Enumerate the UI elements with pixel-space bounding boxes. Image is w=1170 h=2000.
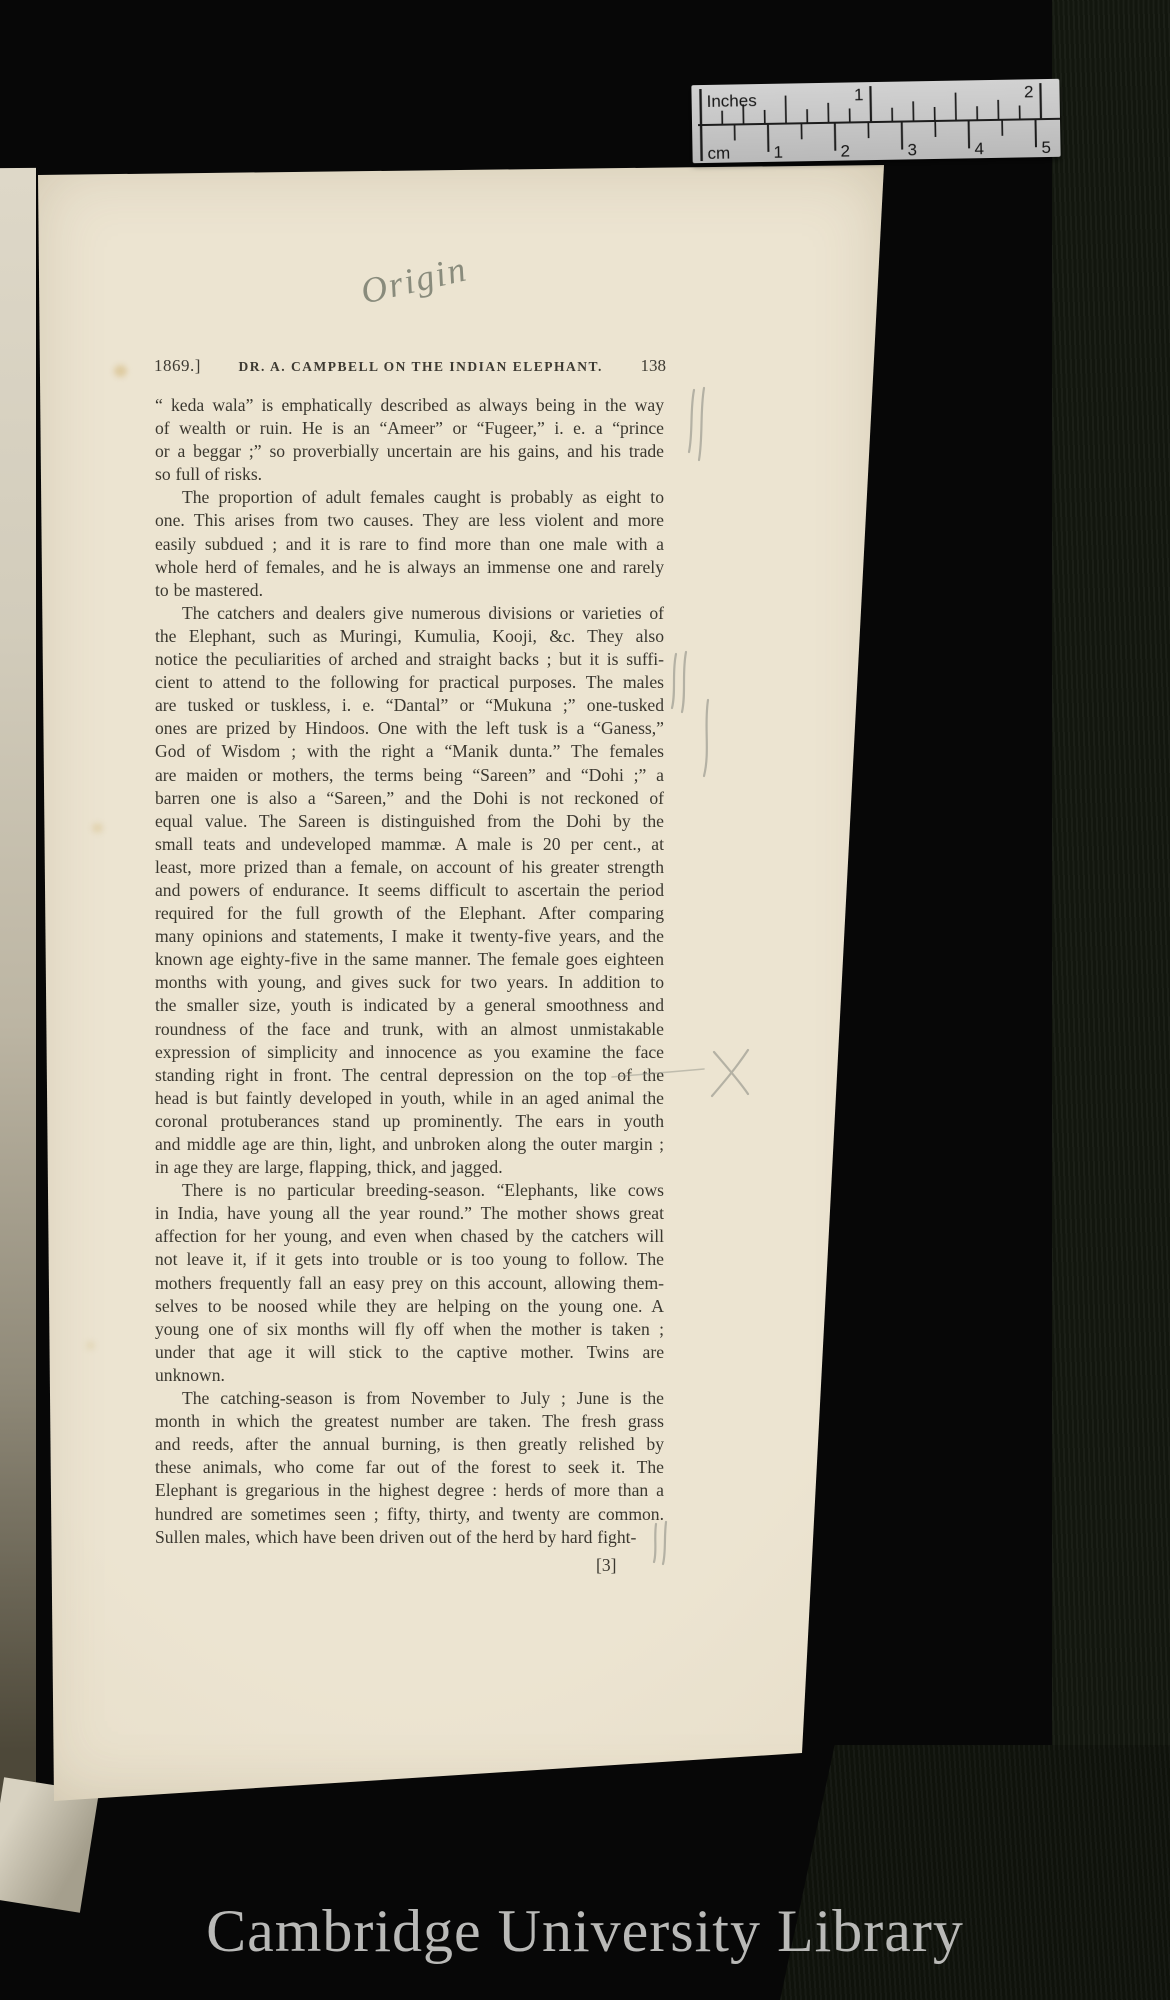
library-watermark: Cambridge University Library (0, 1896, 1170, 1970)
text-line: the smaller size, youth is indicated by … (155, 994, 664, 1017)
text-line: known age eighty-five in the same manner… (155, 948, 664, 971)
text-line: required for the full growth of the Elep… (155, 902, 664, 925)
ruler-inch-2: 2 (1024, 82, 1034, 101)
background-fabric-right (1052, 0, 1170, 2000)
text-line: of wealth or ruin. He is an “Ameer” or “… (155, 417, 664, 440)
text-line: expression of simplicity and innocence a… (155, 1041, 664, 1064)
text-line: standing right in front. The central dep… (155, 1064, 664, 1087)
text-line: There is no particular breeding-season. … (155, 1179, 664, 1202)
paragraph: The catching-season is from November to … (155, 1387, 664, 1549)
text-line: unknown. (155, 1364, 664, 1387)
text-line: are maiden or mothers, the terms being “… (155, 764, 664, 787)
text-line: The proportion of adult females caught i… (155, 486, 664, 509)
text-line: barren one is also a “Sareen,” and the D… (155, 787, 664, 810)
text-line: cient to attend to the following for pra… (155, 671, 664, 694)
text-line: Sullen males, which have been driven out… (155, 1526, 664, 1549)
text-line: and middle age are thin, light, and unbr… (155, 1133, 664, 1156)
ruler-cm-5: 5 (1041, 138, 1051, 157)
page-stain (86, 1341, 95, 1350)
paragraph: “ keda wala” is emphatically described a… (155, 394, 664, 486)
text-line: not leave it, if it gets into trouble or… (155, 1248, 664, 1271)
text-line: mothers frequently fall an easy prey on … (155, 1272, 664, 1295)
ruler-inches-label: Inches (706, 91, 756, 111)
text-line: The catchers and dealers give numerous d… (155, 602, 664, 625)
text-line: “ keda wala” is emphatically described a… (155, 394, 664, 417)
text-line: in India, have young all the year round.… (155, 1202, 664, 1225)
text-line: selves to be noosed while they are helpi… (155, 1295, 664, 1318)
text-line: many opinions and statements, I make it … (155, 925, 664, 948)
text-line: The catching-season is from November to … (155, 1387, 664, 1410)
text-line: head is but faintly developed in youth, … (155, 1087, 664, 1110)
text-line: month in which the greatest number are t… (155, 1410, 664, 1433)
ruler-cm-label: cm (707, 144, 730, 163)
text-line: under that age it will stick to the capt… (155, 1341, 664, 1364)
measuring-ruler: Inches 1 2 cm 1 2 3 4 5 (691, 75, 1060, 167)
page-number: 138 (641, 356, 667, 376)
text-line: are tusked or tuskless, i. e. “Dantal” o… (155, 694, 664, 717)
running-head-year: 1869.] (154, 356, 201, 376)
text-line: and reeds, after the annual burning, is … (155, 1433, 664, 1456)
text-line: months with young, and gives suck for tw… (155, 971, 664, 994)
text-line: affection for her young, and even when c… (155, 1225, 664, 1248)
paragraph: The proportion of adult females caught i… (155, 486, 664, 601)
text-line: and powers of endurance. It seems diffic… (155, 879, 664, 902)
text-line: to be mastered. (155, 579, 664, 602)
running-head: 1869.] DR. A. CAMPBELL ON THE INDIAN ELE… (154, 356, 666, 376)
text-line: whole herd of females, and he is always … (155, 556, 664, 579)
ruler-cm-1: 1 (773, 143, 783, 162)
running-head-title: DR. A. CAMPBELL ON THE INDIAN ELEPHANT. (201, 359, 641, 375)
text-line: the Elephant, such as Muringi, Kumulia, … (155, 625, 664, 648)
ruler-cm-3: 3 (907, 140, 917, 159)
text-line: roundness of the face and trunk, with an… (155, 1018, 664, 1041)
text-line: so full of risks. (155, 463, 664, 486)
page-stain (92, 823, 103, 833)
ruler-cm-4: 4 (974, 139, 984, 158)
text-line: one. This arises from two causes. They a… (155, 509, 664, 532)
text-line: Elephant is gregarious in the highest de… (155, 1479, 664, 1502)
text-line: in age they are large, flapping, thick, … (155, 1156, 664, 1179)
pencil-annotation: Origin (357, 247, 472, 312)
paragraph: There is no particular breeding-season. … (155, 1179, 664, 1387)
document-page: Origin 1869.] DR. A. CAMPBELL ON THE IND… (34, 163, 886, 1805)
signature-mark: [3] (596, 1555, 616, 1576)
text-line: God of Wisdom ; with the right a “Manik … (155, 740, 664, 763)
text-line: equal value. The Sareen is distinguished… (155, 810, 664, 833)
text-line: hundred are sometimes seen ; fifty, thir… (155, 1503, 664, 1526)
body-text: “ keda wala” is emphatically described a… (155, 394, 664, 1549)
text-line: coronal protuberances stand up prominent… (155, 1110, 664, 1133)
text-line: easily subdued ; and it is rare to find … (155, 533, 664, 556)
text-line: or a beggar ;” so proverbially uncertain… (155, 440, 664, 463)
text-line: notice the peculiarities of arched and s… (155, 648, 664, 671)
page-stain (114, 365, 127, 377)
ruler-cm-2: 2 (840, 141, 850, 160)
book-spine-edge (0, 168, 36, 1816)
text-line: ones are prized by Hindoos. One with the… (155, 717, 664, 740)
text-line: small teats and undeveloped mammæ. A mal… (155, 833, 664, 856)
text-line: least, more prized than a female, on acc… (155, 856, 664, 879)
text-line: these animals, who come far out of the f… (155, 1456, 664, 1479)
ruler-inch-1: 1 (854, 85, 864, 104)
text-line: young one of six months will fly off whe… (155, 1318, 664, 1341)
paragraph: The catchers and dealers give numerous d… (155, 602, 664, 1179)
